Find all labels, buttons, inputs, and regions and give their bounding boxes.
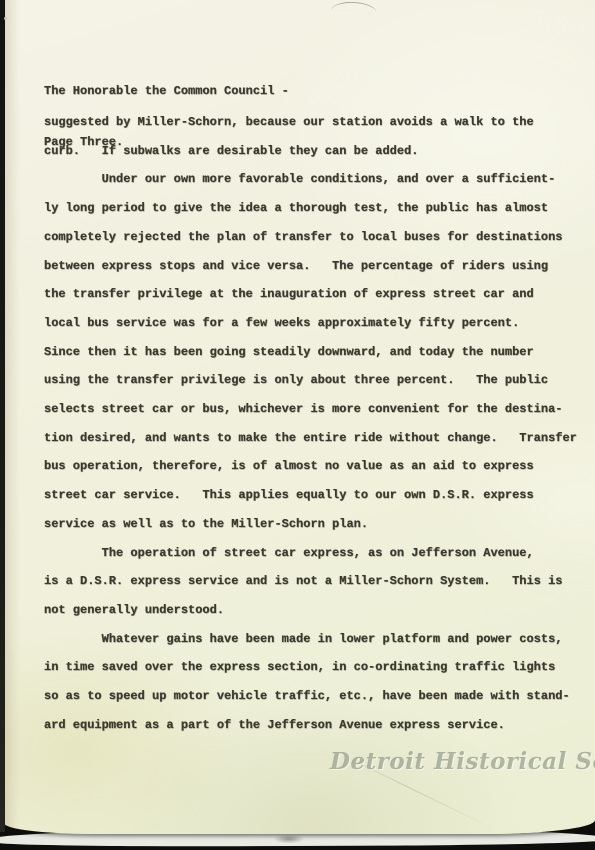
body-line: not generally understood. xyxy=(44,596,589,625)
scanned-document: The Honorable the Common Council - Page … xyxy=(0,0,595,850)
paper-page: The Honorable the Common Council - Page … xyxy=(4,0,595,834)
body-line: service as well as to the Miller-Schorn … xyxy=(44,510,589,539)
bottom-shadow-smudge xyxy=(268,833,310,845)
scan-left-edge xyxy=(0,0,5,832)
body-line: so as to speed up motor vehicle traffic,… xyxy=(44,682,589,711)
body-line: Since then it has been going steadily do… xyxy=(44,338,589,367)
body-line: the transfer privilege at the inaugurati… xyxy=(44,280,589,309)
body-line: bus operation, therefore, is of almost n… xyxy=(44,452,589,481)
body-line: selects street car or bus, whichever is … xyxy=(44,395,589,424)
body-line: Under our own more favorable conditions,… xyxy=(44,165,589,194)
body-line: suggested by Miller-Schorn, because our … xyxy=(44,108,589,137)
body-line: using the transfer privilege is only abo… xyxy=(44,366,589,395)
body-line: local bus service was for a few weeks ap… xyxy=(44,309,589,338)
header-recipient: The Honorable the Common Council - xyxy=(44,83,289,100)
scan-edge-speck xyxy=(4,17,7,20)
body-line: curb. If subwalks are desirable they can… xyxy=(44,137,589,166)
paper-crease xyxy=(331,1,377,13)
body-line: ly long period to give the idea a thorou… xyxy=(44,194,589,223)
body-line: completely rejected the plan of transfer… xyxy=(44,223,589,252)
watermark-text: Detroit Historical Society xyxy=(330,748,595,775)
body-line: in time saved over the express section, … xyxy=(44,653,589,682)
body-line: ard equipment as a part of the Jefferson… xyxy=(44,711,589,740)
body-line: is a D.S.R. express service and is not a… xyxy=(44,567,589,596)
body-line: Whatever gains have been made in lower p… xyxy=(44,625,589,654)
body-line: tion desired, and wants to make the enti… xyxy=(44,424,589,453)
body-line: street car service. This applies equally… xyxy=(44,481,589,510)
body-line: between express stops and vice versa. Th… xyxy=(44,252,589,281)
body-line: The operation of street car express, as … xyxy=(44,539,589,568)
letter-body: suggested by Miller-Schorn, because our … xyxy=(44,108,589,739)
